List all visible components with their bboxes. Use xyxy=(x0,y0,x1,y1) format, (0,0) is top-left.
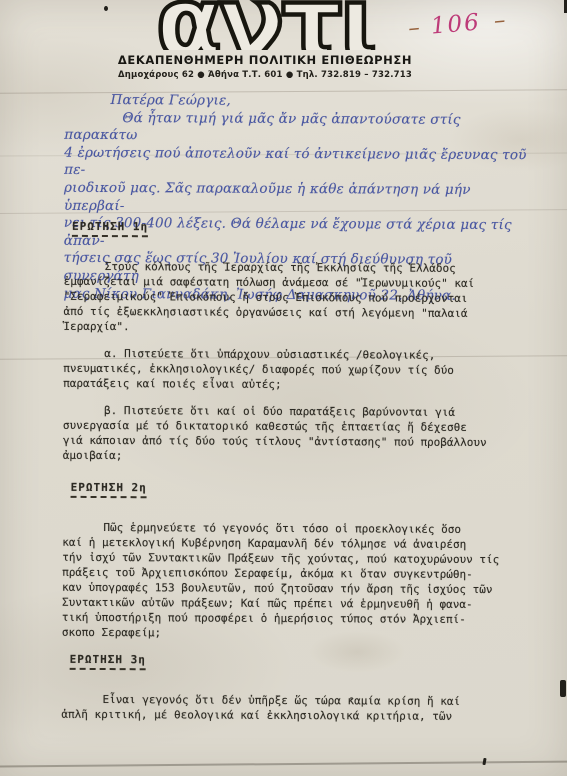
scanned-letter-page: αντί ΔΕΚΑΠΕΝΘΗΜΕΡΗ ΠΟΛΙΤΙΚΗ ΕΠΙΘΕΩΡΗΣΗ Δ… xyxy=(0,0,567,776)
question-1-item-b: β. Πιστεύετε ὅτι καί οἱ δύο παρατάξεις β… xyxy=(63,403,515,465)
question-2-heading: ΕΡΩΤΗΣΗ 2η xyxy=(71,480,515,500)
question-3-heading: ΕΡΩΤΗΣΗ 3η xyxy=(70,652,514,672)
ink-smudge-mark xyxy=(560,680,566,697)
question-1-item-a: α. Πιστεύετε ὅτι ὑπάρχουν οὐσιαστικές /θ… xyxy=(63,346,515,393)
magazine-tagline: ΔΕΚΑΠΕΝΘΗΜΕΡΗ ΠΟΛΙΤΙΚΗ ΕΠΙΘΕΩΡΗΣΗ xyxy=(0,53,530,67)
question-1-heading: ΕΡΩΤΗΣΗ 1η xyxy=(72,219,516,239)
question-1-intro: Στούς κόλπους τῆς Ἱεραρχίας τῆς Ἐκκλησία… xyxy=(63,259,515,336)
question-2-body: Πῶς ἑρμηνεύετε τό γεγονός ὅτι τόσο οἱ πρ… xyxy=(62,520,515,642)
note-greeting: Πατέρα Γεώργιε, xyxy=(110,92,530,112)
page-number-dash: – xyxy=(407,15,419,42)
magazine-address-line: Δημοχάρους 62 ● Ἀθήνα Τ.Τ. 601 ● Τηλ. 73… xyxy=(0,70,530,80)
question-3-heading-text: ΕΡΩΤΗΣΗ 3η xyxy=(70,652,146,670)
page-number-value: 106 xyxy=(430,9,482,39)
question-1-heading-text: ΕΡΩΤΗΣΗ 1η xyxy=(72,219,148,237)
ink-speck xyxy=(482,758,486,765)
page-number-dash: – xyxy=(493,7,505,34)
question-3-body: Εἶναι γεγονός ὅτι δέν ὑπῆρξε ὥς τώρα καμ… xyxy=(61,692,513,724)
typed-questionnaire: ΕΡΩΤΗΣΗ 1η Στούς κόλπους τῆς Ἱεραρχίας τ… xyxy=(61,219,516,724)
question-2-heading-text: ΕΡΩΤΗΣΗ 2η xyxy=(71,480,147,498)
